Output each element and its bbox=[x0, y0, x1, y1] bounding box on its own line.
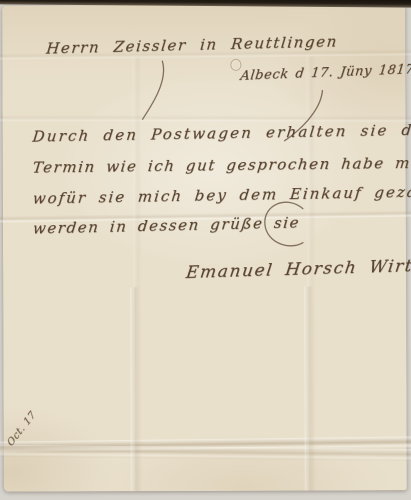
body-line: Termin wie ich gut gesprochen habe mit 3… bbox=[32, 153, 411, 176]
emboss-mark bbox=[230, 59, 241, 71]
fold-crease-horizontal bbox=[0, 436, 411, 453]
letter-paper: Herrn Zeissler in Reuttlingen Albeck d 1… bbox=[2, 4, 407, 491]
pen-flourish-loop bbox=[259, 199, 313, 257]
signature: Emanuel Horsch Wirth bbox=[185, 256, 411, 283]
body-line: Durch den Postwagen erhalten sie den bbox=[32, 121, 411, 146]
pen-flourish-address-descender bbox=[140, 59, 170, 125]
fold-crease-vertical bbox=[304, 287, 314, 491]
corner-note: Oct. 17 bbox=[6, 409, 39, 449]
dateline: Albeck d 17. Jüny 1817 bbox=[240, 62, 411, 84]
fold-crease-horizontal bbox=[0, 445, 411, 461]
body-line: wofür sie mich bey dem Einkauf gezahlt bbox=[32, 182, 411, 207]
address-line: Herrn Zeissler in Reuttlingen bbox=[45, 32, 338, 57]
letter-photograph: Herrn Zeissler in Reuttlingen Albeck d 1… bbox=[0, 0, 411, 500]
fold-crease-vertical bbox=[130, 287, 140, 491]
